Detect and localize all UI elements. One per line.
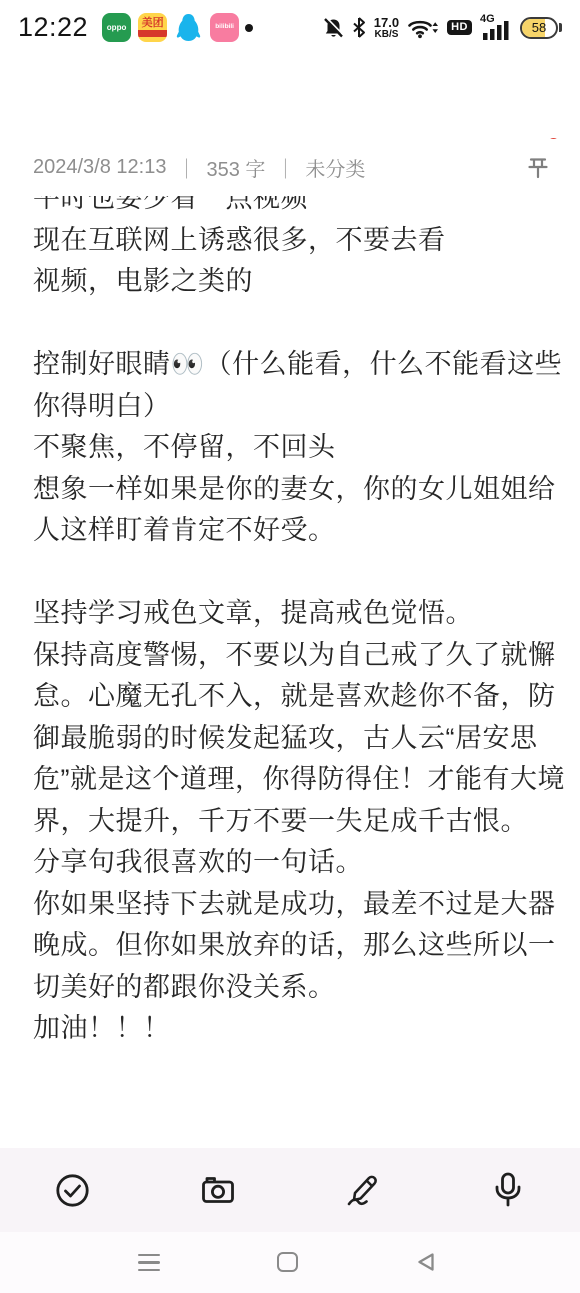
voice-button[interactable] [435, 1172, 580, 1208]
clock-time: 12:22 [18, 12, 88, 43]
cellular-signal-icon: 4G [480, 15, 512, 40]
note-text-line: 危”就是这个道理，你得防得住！才能有大境 [33, 759, 547, 801]
todo-check-button[interactable] [0, 1173, 145, 1208]
network-speed-indicator: 17.0 KB/S [374, 16, 399, 40]
battery-percent: 58 [522, 19, 556, 37]
note-text-line: 你得明白） [33, 386, 547, 428]
handwriting-button[interactable] [290, 1172, 435, 1208]
note-text-line: 加油！！！ [33, 1008, 547, 1050]
home-button[interactable] [277, 1252, 298, 1272]
oppo-app-icon: oppo [102, 13, 131, 42]
note-datetime: 2024/3/8 12:13 [33, 156, 166, 179]
note-toolbar [0, 1148, 580, 1232]
note-word-count: 353 字 [206, 153, 265, 182]
nav-back-button[interactable] [416, 1253, 436, 1271]
note-category[interactable]: 未分类 [305, 153, 365, 182]
meituan-app-icon: 美团 [138, 13, 167, 42]
note-meta-row: 2024/3/8 12:13 ｜ 353 字 ｜ 未分类 [0, 139, 580, 196]
pen-scribble-icon [345, 1172, 381, 1208]
note-text-line: 界，大提升，千万不要一失足成千古恨。 [33, 801, 547, 843]
bluetooth-icon [352, 17, 366, 38]
note-body-text[interactable]: 平时也要少看一点视频现在互联网上诱惑很多，不要去看视频，电影之类的 控制好眼睛👀… [0, 196, 580, 1148]
qq-app-icon [174, 13, 203, 42]
notes-app-screen: 12:22 oppo美团bilibili 17.0 KB/S [0, 0, 580, 1293]
note-text-line: 保持高度警惕，不要以为自己戒了久了就懈 [33, 635, 547, 677]
recents-menu-button[interactable] [138, 1254, 160, 1271]
note-text-line: 分享句我很喜欢的一句话。 [33, 842, 547, 884]
note-text-line: 现在互联网上诱惑很多，不要去看 [33, 220, 547, 262]
note-text-line: 想象一样如果是你的妻女，你的女儿姐姐给 [33, 469, 547, 511]
more-notifications-dot-icon [245, 24, 253, 32]
note-header [0, 55, 580, 139]
note-text-line: 人这样盯着肯定不好受。 [33, 510, 547, 552]
camera-button[interactable] [145, 1173, 290, 1207]
note-text-line: 坚持学习戒色文章，提高戒色觉悟。 [33, 593, 547, 635]
notification-app-icons: oppo美团bilibili [102, 13, 239, 42]
battery-indicator: 58 [520, 17, 562, 39]
system-navbar [0, 1232, 580, 1293]
note-text-line: 视频，电影之类的 [33, 261, 547, 303]
note-text-line: 怠。心魔无孔不入，就是喜欢趁你不备，防 [33, 676, 547, 718]
note-text-line: 控制好眼睛👀（什么能看，什么不能看这些 [33, 344, 547, 386]
note-text-line: 切美好的都跟你没关系。 [33, 967, 547, 1009]
bell-muted-icon [323, 17, 344, 39]
pin-icon[interactable] [525, 155, 551, 181]
note-text-line: 你如果坚持下去就是成功，最差不过是大器 [33, 884, 547, 926]
note-text-line: 晚成。但你如果放弃的话，那么这些所以一 [33, 925, 547, 967]
status-icons: 17.0 KB/S HD 4G [323, 15, 562, 40]
note-text-line: 平时也要少看一点视频 [33, 196, 547, 220]
hd-voice-badge: HD [447, 20, 472, 35]
bilibili-app-icon: bilibili [210, 13, 239, 42]
note-text-line: 不聚焦，不停留，不回头 [33, 427, 547, 469]
camera-icon [200, 1173, 236, 1207]
status-bar: 12:22 oppo美团bilibili 17.0 KB/S [0, 0, 580, 55]
meta-separator: ｜ [275, 153, 295, 182]
note-text-line: 御最脆弱的时候发起猛攻，古人云“居安思 [33, 718, 547, 760]
microphone-icon [493, 1172, 523, 1208]
battery-nub [559, 23, 562, 32]
meta-separator: ｜ [176, 153, 196, 182]
wifi-icon [407, 16, 439, 39]
check-circle-icon [55, 1173, 90, 1208]
